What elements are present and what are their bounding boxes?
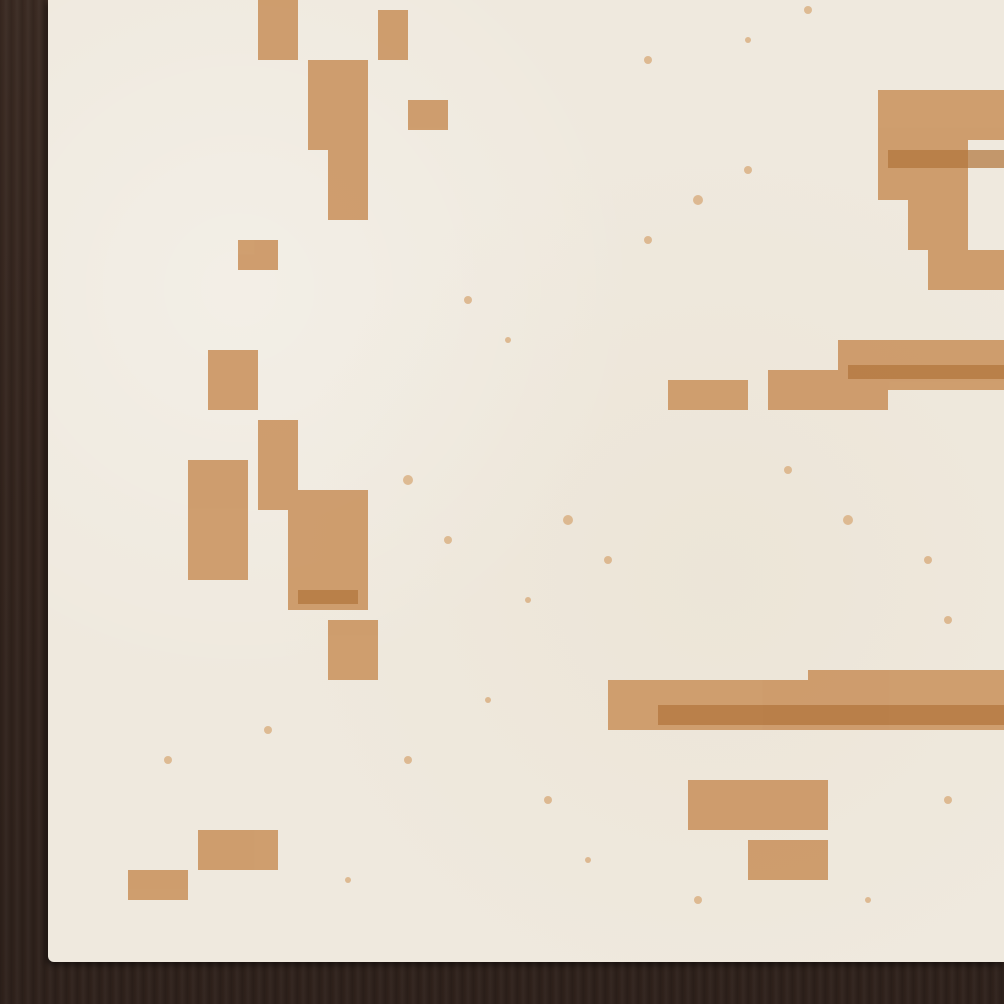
rug-pattern <box>48 0 1004 962</box>
rug <box>48 0 1004 962</box>
